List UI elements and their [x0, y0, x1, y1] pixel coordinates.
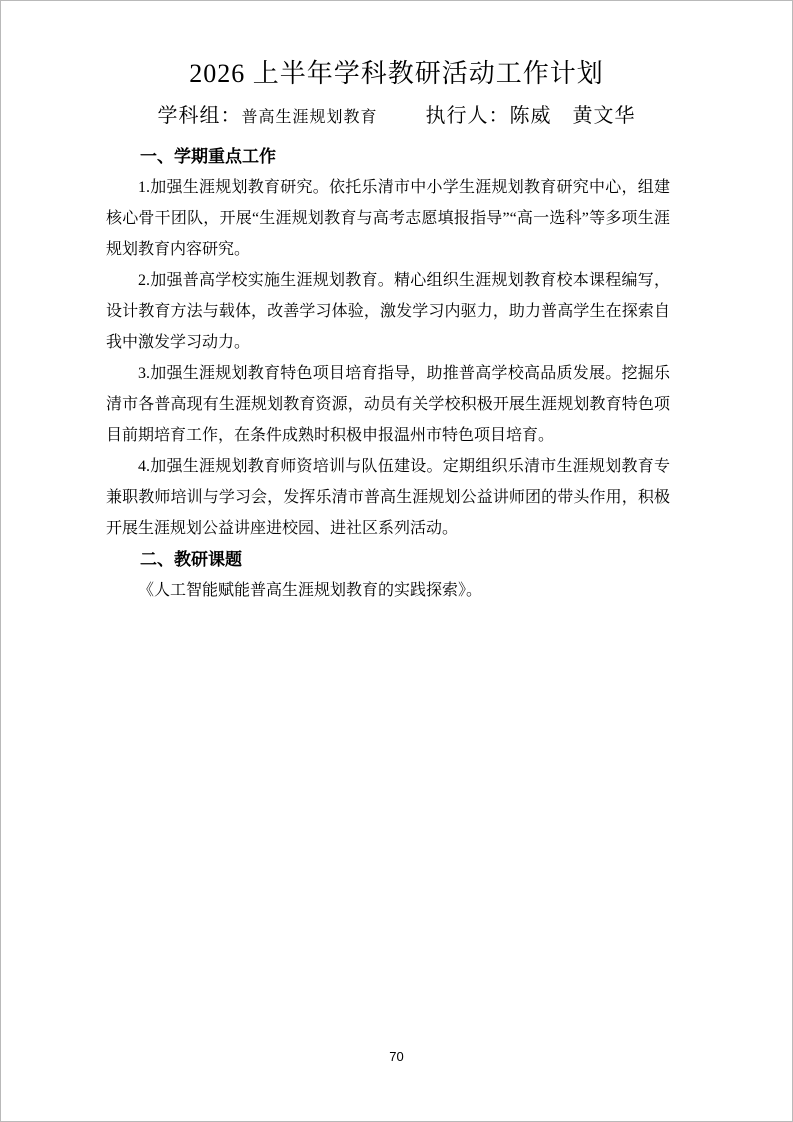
- subject-group-value: 普高生涯规划教育: [241, 109, 377, 126]
- page-number: 70: [1, 1049, 792, 1064]
- paragraph-3: 3.加强生涯规划教育特色项目培育指导，助推普高学校高品质发展。挖掘乐清市各普高现…: [106, 358, 670, 451]
- paragraph-4: 4.加强生涯规划教育师资培训与队伍建设。定期组织乐清市生涯规划教育专兼职教师培训…: [106, 451, 670, 544]
- document-title: 2026 上半年学科教研活动工作计划: [1, 1, 792, 91]
- paragraph-1: 1.加强生涯规划教育研究。依托乐清市中小学生涯规划教育研究中心，组建核心骨干团队…: [106, 172, 670, 265]
- section-heading-research-topic: 二、教研课题: [106, 544, 670, 575]
- meta-line: 学科组：普高生涯规划教育执行人：陈威 黄文华: [1, 104, 792, 130]
- section-heading-key-work: 一、学期重点工作: [106, 141, 670, 172]
- paragraph-research-topic: 《人工智能赋能普高生涯规划教育的实践探索》。: [106, 575, 670, 606]
- paragraph-2: 2.加强普高学校实施生涯规划教育。精心组织生涯规划教育校本课程编写，设计教育方法…: [106, 265, 670, 358]
- executor-label: 执行人：: [426, 105, 510, 127]
- subject-group-label: 学科组：: [157, 105, 241, 127]
- executor-value: 陈威 黄文华: [510, 105, 636, 127]
- document-body: 一、学期重点工作 1.加强生涯规划教育研究。依托乐清市中小学生涯规划教育研究中心…: [106, 141, 670, 606]
- document-page: 2026 上半年学科教研活动工作计划 学科组：普高生涯规划教育执行人：陈威 黄文…: [0, 0, 793, 1122]
